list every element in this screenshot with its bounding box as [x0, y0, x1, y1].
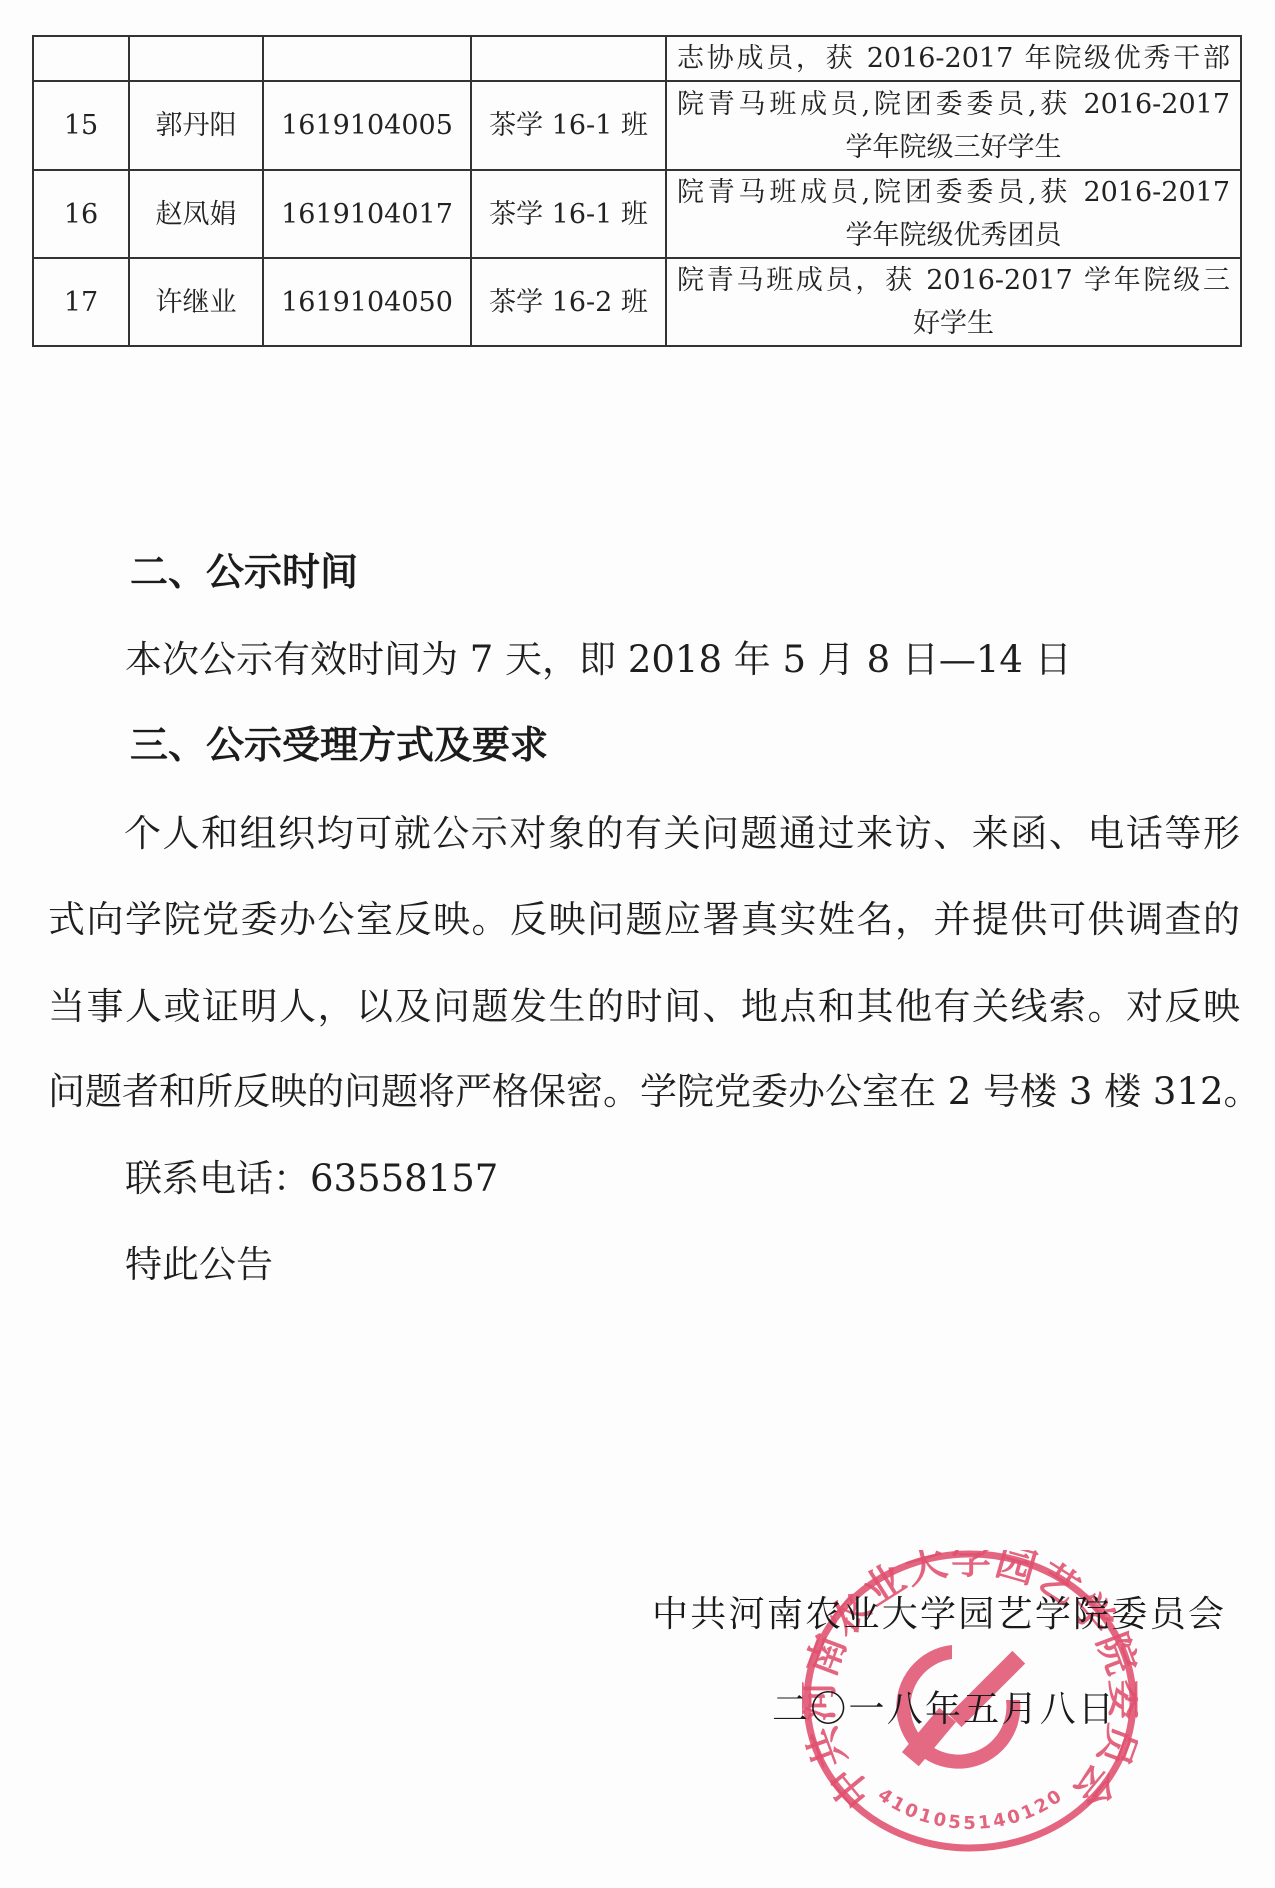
cell-class: 茶学 16-1 班	[471, 81, 666, 170]
section3-line: 问题者和所反映的问题将严格保密。学院党委办公室在 2 号楼 3 楼 312。	[48, 1061, 1240, 1115]
cell-name	[129, 36, 263, 81]
section3-line: 当事人或证明人，以及问题发生的时间、地点和其他有关线索。对反映	[48, 976, 1240, 1030]
note-line: 院青马班成员,院团委委员,获 2016-2017	[677, 83, 1230, 126]
nominee-table: 志协成员，获 2016-2017 年院级优秀干部 15 郭丹阳 16191040…	[32, 35, 1242, 347]
section2-body: 本次公示有效时间为 7 天，即 2018 年 5 月 8 日—14 日	[125, 629, 1072, 683]
cell-class	[471, 36, 666, 81]
cell-class: 茶学 16-1 班	[471, 170, 666, 258]
note-line: 学年院级三好学生	[677, 126, 1230, 169]
note-line: 院青马班成员,院团委委员,获 2016-2017	[677, 171, 1230, 214]
cell-name: 许继业	[129, 258, 263, 346]
cell-student-id: 1619104017	[263, 170, 471, 258]
cell-student-id: 1619104005	[263, 81, 471, 170]
cell-no: 16	[33, 170, 129, 258]
cell-no	[33, 36, 129, 81]
svg-text:4101055140120: 4101055140120	[874, 1784, 1068, 1834]
cell-no: 17	[33, 258, 129, 346]
signature-date: 二〇一八年五月八日	[772, 1681, 1114, 1732]
table-row: 16 赵凤娟 1619104017 茶学 16-1 班 院青马班成员,院团委委员…	[33, 170, 1241, 258]
note-line: 志协成员，获 2016-2017 年院级优秀干部	[677, 37, 1230, 80]
signature-organization: 中共河南农业大学园艺学院委员会	[652, 1586, 1224, 1637]
note-line: 学年院级优秀团员	[677, 214, 1230, 257]
cell-note: 院青马班成员，获 2016-2017 学年院级三 好学生	[666, 258, 1241, 346]
cell-note: 志协成员，获 2016-2017 年院级优秀干部	[666, 36, 1241, 81]
note-line: 院青马班成员，获 2016-2017 学年院级三	[677, 259, 1230, 302]
section2-heading: 二、公示时间	[130, 541, 358, 596]
cell-no: 15	[33, 81, 129, 170]
closing-text: 特此公告	[125, 1234, 273, 1288]
cell-note: 院青马班成员,院团委委员,获 2016-2017 学年院级优秀团员	[666, 170, 1241, 258]
table-row: 17 许继业 1619104050 茶学 16-2 班 院青马班成员，获 201…	[33, 258, 1241, 346]
cell-name: 赵凤娟	[129, 170, 263, 258]
section3-line: 式向学院党委办公室反映。反映问题应署真实姓名，并提供可供调查的	[48, 889, 1240, 943]
table-row: 15 郭丹阳 1619104005 茶学 16-1 班 院青马班成员,院团委委员…	[33, 81, 1241, 170]
cell-student-id	[263, 36, 471, 81]
cell-student-id: 1619104050	[263, 258, 471, 346]
table-row: 志协成员，获 2016-2017 年院级优秀干部	[33, 36, 1241, 81]
note-line: 好学生	[677, 302, 1230, 345]
section3-heading: 三、公示受理方式及要求	[130, 714, 548, 769]
cell-name: 郭丹阳	[129, 81, 263, 170]
cell-note: 院青马班成员,院团委委员,获 2016-2017 学年院级三好学生	[666, 81, 1241, 170]
contact-phone: 联系电话：63558157	[125, 1148, 498, 1202]
seal-code: 4101055140120	[874, 1784, 1068, 1834]
section3-line: 个人和组织均可就公示对象的有关问题通过来访、来函、电话等形	[124, 803, 1240, 857]
cell-class: 茶学 16-2 班	[471, 258, 666, 346]
